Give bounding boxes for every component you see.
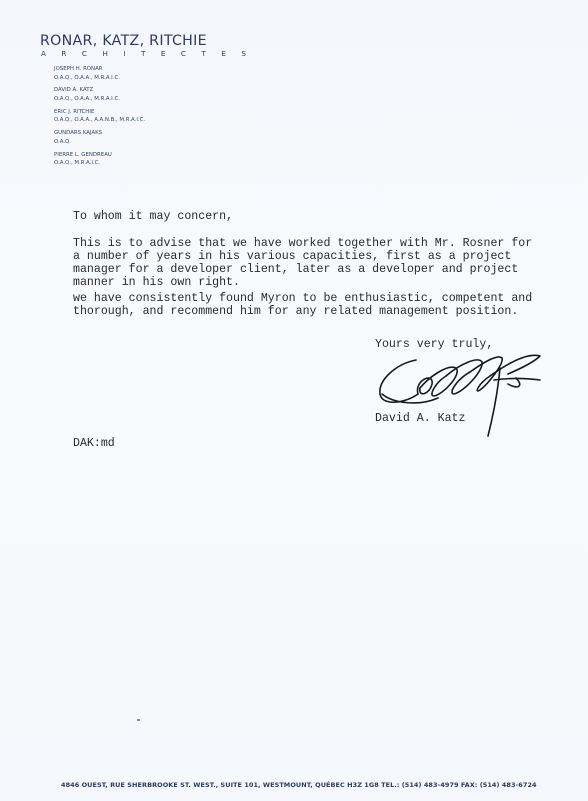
partners-list: JOSEPH H. RONAR O.A.Q., O.A.A., M.R.A.I.…	[54, 65, 145, 172]
firm-subtitle-letter: T	[141, 49, 145, 58]
firm-subtitle-letter: E	[161, 49, 166, 58]
firm-subtitle-letter: H	[102, 49, 107, 58]
paragraph-line: manager for a developer client, later as…	[73, 263, 532, 276]
paragraph-line: thorough, and recommend him for any rela…	[73, 305, 532, 318]
firm-subtitle: A R C H I T E C T E S	[41, 49, 246, 58]
partner-name: ERIC J. RITCHIE	[54, 108, 145, 117]
salutation: To whom it may concern,	[73, 210, 233, 223]
firm-name: RONAR, KATZ, RITCHIE	[40, 33, 207, 49]
partner-entry: DAVID A. KATZ O.A.Q., O.A.A., M.R.A.I.C.	[54, 86, 145, 103]
partner-entry: ERIC J. RITCHIE O.A.Q., O.A.A., A.A.N.B.…	[54, 108, 145, 125]
paragraph-line: a number of years in his various capacit…	[73, 250, 532, 263]
reference-initials: DAK:md	[73, 437, 115, 450]
firm-subtitle-letter: A	[41, 49, 46, 58]
footer-address: 4846 OUEST, RUE SHERBROOKE ST. WEST., SU…	[61, 781, 537, 789]
partner-name: PIERRE L. GENDREAU	[54, 151, 145, 160]
firm-subtitle-letter: R	[61, 49, 66, 58]
partner-credentials: O.A.Q., M.R.A.I.C.	[54, 159, 145, 168]
firm-subtitle-letter: C	[181, 49, 186, 58]
paragraph-line: This is to advise that we have worked to…	[73, 237, 532, 250]
paragraph-2: we have consistently found Myron to be e…	[73, 292, 532, 318]
signature-icon	[374, 350, 549, 440]
partner-name: JOSEPH H. RONAR	[54, 65, 145, 74]
partner-entry: JOSEPH H. RONAR O.A.Q., O.A.A., M.R.A.I.…	[54, 65, 145, 82]
paragraph-1: This is to advise that we have worked to…	[73, 237, 532, 289]
partner-name: GUNDARS KAJAKS	[54, 129, 145, 138]
partner-credentials: O.A.Q., O.A.A., M.R.A.I.C.	[54, 95, 145, 104]
partner-credentials: O.A.Q., O.A.A., M.R.A.I.C.	[54, 74, 145, 83]
partner-name: DAVID A. KATZ	[54, 86, 145, 95]
firm-subtitle-letter: C	[82, 49, 87, 58]
paragraph-line: manner in his own right.	[73, 276, 532, 289]
firm-subtitle-letter: T	[201, 49, 205, 58]
firm-subtitle-letter: E	[221, 49, 226, 58]
partner-entry: PIERRE L. GENDREAU O.A.Q., M.R.A.I.C.	[54, 151, 145, 168]
signer-name: David A. Katz	[375, 412, 465, 425]
paper-speck	[137, 719, 140, 721]
paragraph-line: we have consistently found Myron to be e…	[73, 292, 532, 305]
partner-credentials: O.A.Q.	[54, 138, 145, 147]
letter-page: RONAR, KATZ, RITCHIE A R C H I T E C T E…	[0, 0, 588, 801]
firm-subtitle-letter: I	[123, 49, 125, 58]
partner-entry: GUNDARS KAJAKS O.A.Q.	[54, 129, 145, 146]
partner-credentials: O.A.Q., O.A.A., A.A.N.B., M.R.A.I.C.	[54, 116, 145, 125]
firm-subtitle-letter: S	[241, 49, 246, 58]
